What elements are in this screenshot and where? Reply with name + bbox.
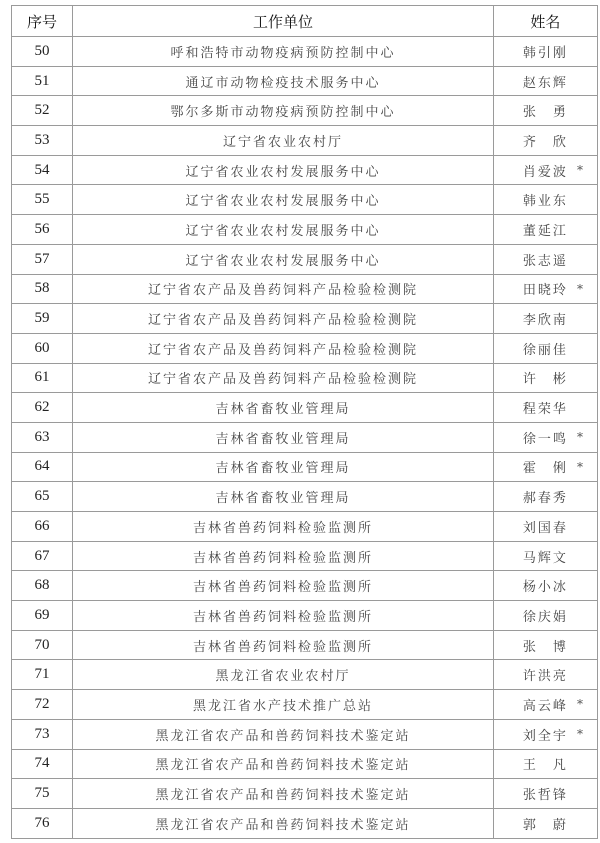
- asterisk-mark: *: [577, 282, 583, 296]
- table-row: 57辽宁省农业农村发展服务中心张志遥: [12, 244, 598, 274]
- name-cell: 李欣南: [493, 304, 597, 334]
- person-name: 徐一鸣: [523, 432, 568, 447]
- name-cell: 赵东辉: [493, 66, 597, 96]
- person-name: 许 彬: [523, 372, 568, 387]
- person-name: 韩引刚: [523, 46, 568, 61]
- table-row: 55辽宁省农业农村发展服务中心韩业东: [12, 185, 598, 215]
- name-cell: 徐庆娟: [493, 601, 597, 631]
- table-row: 76黑龙江省农产品和兽药饲料技术鉴定站郭 蔚: [12, 808, 598, 838]
- work-unit-cell: 辽宁省农产品及兽药饲料产品检验检测院: [73, 333, 494, 363]
- name-cell: 杨小冰: [493, 571, 597, 601]
- table-row: 52鄂尔多斯市动物疫病预防控制中心张 勇: [12, 96, 598, 126]
- serial-no-cell: 65: [12, 482, 73, 512]
- person-name: 霍 俐: [523, 461, 568, 476]
- person-name: 张志遥: [523, 254, 568, 269]
- table-row: 56辽宁省农业农村发展服务中心董延江: [12, 215, 598, 245]
- table-row: 67吉林省兽药饲料检验监测所马辉文: [12, 541, 598, 571]
- personnel-table: 序号 工作单位 姓名 50呼和浩特市动物疫病预防控制中心韩引刚51通辽市动物检疫…: [11, 5, 598, 839]
- table-row: 64吉林省畜牧业管理局霍 俐*: [12, 452, 598, 482]
- serial-no-cell: 66: [12, 512, 73, 542]
- name-cell: 马辉文: [493, 541, 597, 571]
- person-name: 程荣华: [523, 402, 568, 417]
- serial-no-cell: 75: [12, 779, 73, 809]
- serial-no-cell: 70: [12, 630, 73, 660]
- serial-no-cell: 67: [12, 541, 73, 571]
- name-cell: 许 彬: [493, 363, 597, 393]
- name-cell: 刘全宇*: [493, 719, 597, 749]
- serial-no-cell: 62: [12, 393, 73, 423]
- header-work-unit: 工作单位: [73, 6, 494, 37]
- person-name: 李欣南: [523, 313, 568, 328]
- work-unit-cell: 辽宁省农业农村发展服务中心: [73, 155, 494, 185]
- person-name: 徐庆娟: [523, 610, 568, 625]
- name-cell: 董延江: [493, 215, 597, 245]
- person-name: 杨小冰: [523, 580, 568, 595]
- table-body: 50呼和浩特市动物疫病预防控制中心韩引刚51通辽市动物检疫技术服务中心赵东辉52…: [12, 37, 598, 839]
- name-cell: 田晓玲*: [493, 274, 597, 304]
- work-unit-cell: 吉林省兽药饲料检验监测所: [73, 541, 494, 571]
- work-unit-cell: 黑龙江省农产品和兽药饲料技术鉴定站: [73, 808, 494, 838]
- person-name: 郭 蔚: [523, 818, 568, 833]
- serial-no-cell: 50: [12, 37, 73, 67]
- person-name: 徐丽佳: [523, 343, 568, 358]
- work-unit-cell: 辽宁省农业农村发展服务中心: [73, 244, 494, 274]
- person-name: 肖爱波: [523, 165, 568, 180]
- serial-no-cell: 61: [12, 363, 73, 393]
- work-unit-cell: 黑龙江省农业农村厅: [73, 660, 494, 690]
- work-unit-cell: 辽宁省农业农村发展服务中心: [73, 215, 494, 245]
- name-cell: 张哲锋: [493, 779, 597, 809]
- work-unit-cell: 辽宁省农产品及兽药饲料产品检验检测院: [73, 274, 494, 304]
- work-unit-cell: 黑龙江省农产品和兽药饲料技术鉴定站: [73, 749, 494, 779]
- serial-no-cell: 56: [12, 215, 73, 245]
- person-name: 王 凡: [523, 758, 568, 773]
- serial-no-cell: 59: [12, 304, 73, 334]
- name-cell: 王 凡: [493, 749, 597, 779]
- person-name: 董延江: [523, 224, 568, 239]
- work-unit-cell: 通辽市动物检疫技术服务中心: [73, 66, 494, 96]
- table-row: 62吉林省畜牧业管理局程荣华: [12, 393, 598, 423]
- work-unit-cell: 吉林省畜牧业管理局: [73, 482, 494, 512]
- table-row: 61辽宁省农产品及兽药饲料产品检验检测院许 彬: [12, 363, 598, 393]
- table-row: 68吉林省兽药饲料检验监测所杨小冰: [12, 571, 598, 601]
- table-row: 75黑龙江省农产品和兽药饲料技术鉴定站张哲锋: [12, 779, 598, 809]
- person-name: 郝春秀: [523, 491, 568, 506]
- serial-no-cell: 69: [12, 601, 73, 631]
- name-cell: 肖爱波*: [493, 155, 597, 185]
- name-cell: 刘国春: [493, 512, 597, 542]
- header-name: 姓名: [493, 6, 597, 37]
- name-cell: 张志遥: [493, 244, 597, 274]
- name-cell: 郭 蔚: [493, 808, 597, 838]
- table-header-row: 序号 工作单位 姓名: [12, 6, 598, 37]
- table-row: 70吉林省兽药饲料检验监测所张 博: [12, 630, 598, 660]
- asterisk-mark: *: [577, 163, 583, 177]
- name-cell: 霍 俐*: [493, 452, 597, 482]
- serial-no-cell: 74: [12, 749, 73, 779]
- person-name: 田晓玲: [523, 283, 568, 298]
- serial-no-cell: 72: [12, 690, 73, 720]
- name-cell: 徐丽佳: [493, 333, 597, 363]
- table-row: 54辽宁省农业农村发展服务中心肖爱波*: [12, 155, 598, 185]
- table-row: 69吉林省兽药饲料检验监测所徐庆娟: [12, 601, 598, 631]
- serial-no-cell: 64: [12, 452, 73, 482]
- serial-no-cell: 68: [12, 571, 73, 601]
- work-unit-cell: 黑龙江省农产品和兽药饲料技术鉴定站: [73, 779, 494, 809]
- person-name: 齐 欣: [523, 135, 568, 150]
- table-row: 66吉林省兽药饲料检验监测所刘国春: [12, 512, 598, 542]
- person-name: 张哲锋: [523, 788, 568, 803]
- asterisk-mark: *: [577, 697, 583, 711]
- serial-no-cell: 54: [12, 155, 73, 185]
- serial-no-cell: 58: [12, 274, 73, 304]
- work-unit-cell: 吉林省兽药饲料检验监测所: [73, 512, 494, 542]
- person-name: 赵东辉: [523, 76, 568, 91]
- person-name: 张 勇: [523, 105, 568, 120]
- table-row: 50呼和浩特市动物疫病预防控制中心韩引刚: [12, 37, 598, 67]
- work-unit-cell: 黑龙江省水产技术推广总站: [73, 690, 494, 720]
- name-cell: 许洪亮: [493, 660, 597, 690]
- work-unit-cell: 吉林省兽药饲料检验监测所: [73, 630, 494, 660]
- work-unit-cell: 吉林省畜牧业管理局: [73, 452, 494, 482]
- table-row: 73黑龙江省农产品和兽药饲料技术鉴定站刘全宇*: [12, 719, 598, 749]
- work-unit-cell: 吉林省畜牧业管理局: [73, 393, 494, 423]
- work-unit-cell: 鄂尔多斯市动物疫病预防控制中心: [73, 96, 494, 126]
- serial-no-cell: 55: [12, 185, 73, 215]
- work-unit-cell: 吉林省兽药饲料检验监测所: [73, 571, 494, 601]
- serial-no-cell: 51: [12, 66, 73, 96]
- table-row: 65吉林省畜牧业管理局郝春秀: [12, 482, 598, 512]
- name-cell: 齐 欣: [493, 126, 597, 156]
- work-unit-cell: 辽宁省农产品及兽药饲料产品检验检测院: [73, 304, 494, 334]
- name-cell: 高云峰*: [493, 690, 597, 720]
- person-name: 马辉文: [523, 551, 568, 566]
- table-row: 71黑龙江省农业农村厅许洪亮: [12, 660, 598, 690]
- person-name: 张 博: [523, 640, 568, 655]
- person-name: 韩业东: [523, 194, 568, 209]
- serial-no-cell: 52: [12, 96, 73, 126]
- work-unit-cell: 吉林省畜牧业管理局: [73, 422, 494, 452]
- header-serial-no: 序号: [12, 6, 73, 37]
- person-name: 许洪亮: [523, 669, 568, 684]
- person-name: 刘全宇: [523, 729, 568, 744]
- asterisk-mark: *: [577, 460, 583, 474]
- name-cell: 韩引刚: [493, 37, 597, 67]
- table-row: 63吉林省畜牧业管理局徐一鸣*: [12, 422, 598, 452]
- serial-no-cell: 63: [12, 422, 73, 452]
- table-row: 58辽宁省农产品及兽药饲料产品检验检测院田晓玲*: [12, 274, 598, 304]
- table-row: 74黑龙江省农产品和兽药饲料技术鉴定站王 凡: [12, 749, 598, 779]
- work-unit-cell: 吉林省兽药饲料检验监测所: [73, 601, 494, 631]
- work-unit-cell: 辽宁省农产品及兽药饲料产品检验检测院: [73, 363, 494, 393]
- asterisk-mark: *: [577, 430, 583, 444]
- table-row: 60辽宁省农产品及兽药饲料产品检验检测院徐丽佳: [12, 333, 598, 363]
- name-cell: 张 博: [493, 630, 597, 660]
- name-cell: 郝春秀: [493, 482, 597, 512]
- table-row: 59辽宁省农产品及兽药饲料产品检验检测院李欣南: [12, 304, 598, 334]
- table-row: 51通辽市动物检疫技术服务中心赵东辉: [12, 66, 598, 96]
- asterisk-mark: *: [577, 727, 583, 741]
- serial-no-cell: 57: [12, 244, 73, 274]
- serial-no-cell: 53: [12, 126, 73, 156]
- table-row: 72黑龙江省水产技术推广总站高云峰*: [12, 690, 598, 720]
- work-unit-cell: 呼和浩特市动物疫病预防控制中心: [73, 37, 494, 67]
- serial-no-cell: 73: [12, 719, 73, 749]
- work-unit-cell: 黑龙江省农产品和兽药饲料技术鉴定站: [73, 719, 494, 749]
- table-row: 53辽宁省农业农村厅齐 欣: [12, 126, 598, 156]
- serial-no-cell: 71: [12, 660, 73, 690]
- name-cell: 张 勇: [493, 96, 597, 126]
- serial-no-cell: 76: [12, 808, 73, 838]
- name-cell: 程荣华: [493, 393, 597, 423]
- name-cell: 徐一鸣*: [493, 422, 597, 452]
- serial-no-cell: 60: [12, 333, 73, 363]
- person-name: 刘国春: [523, 521, 568, 536]
- work-unit-cell: 辽宁省农业农村发展服务中心: [73, 185, 494, 215]
- name-cell: 韩业东: [493, 185, 597, 215]
- work-unit-cell: 辽宁省农业农村厅: [73, 126, 494, 156]
- person-name: 高云峰: [523, 699, 568, 714]
